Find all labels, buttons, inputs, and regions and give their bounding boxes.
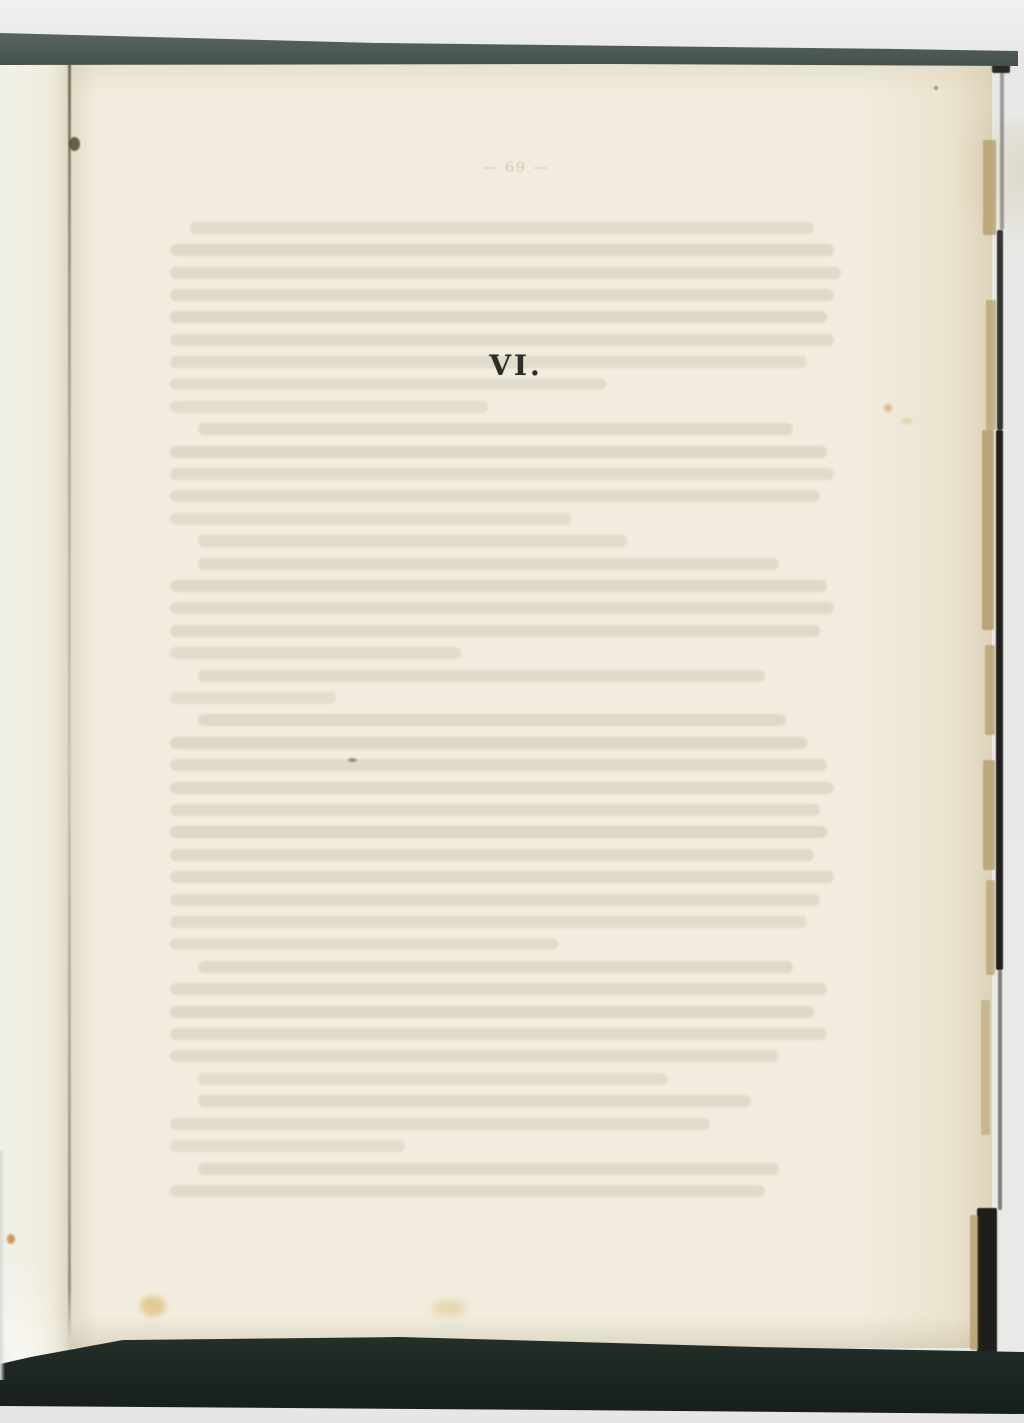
page-edge-segment — [997, 230, 1003, 430]
scanner-edge-sliver — [0, 1150, 5, 1380]
page-edge-segment — [985, 645, 995, 735]
gutter-fold-line — [68, 58, 71, 1338]
page-edge-segment — [983, 760, 995, 870]
page-edge-segment — [970, 1215, 978, 1350]
book-cover-top-edge — [0, 28, 1018, 70]
stain — [348, 758, 357, 762]
page-edge-segment — [983, 140, 996, 235]
page-edge-segment — [986, 300, 996, 430]
stain — [140, 1296, 166, 1316]
page-edge-segment — [982, 430, 994, 630]
book-page — [70, 56, 992, 1348]
page-edge-segment — [1000, 72, 1004, 230]
page-edge-segment — [986, 880, 995, 975]
facing-page-curl — [0, 50, 72, 1372]
page-edge-segment — [981, 1000, 990, 1135]
page-edge-segment — [998, 970, 1002, 1210]
stain — [432, 1300, 466, 1316]
stain — [7, 1234, 15, 1244]
page-edge-segment — [996, 430, 1003, 970]
stain — [69, 137, 80, 151]
scanner-background: — 69 — VI. — [0, 0, 1024, 1423]
stain — [934, 86, 938, 90]
stain — [902, 418, 912, 424]
stain — [884, 404, 892, 412]
page-edge-segment — [977, 1208, 997, 1353]
